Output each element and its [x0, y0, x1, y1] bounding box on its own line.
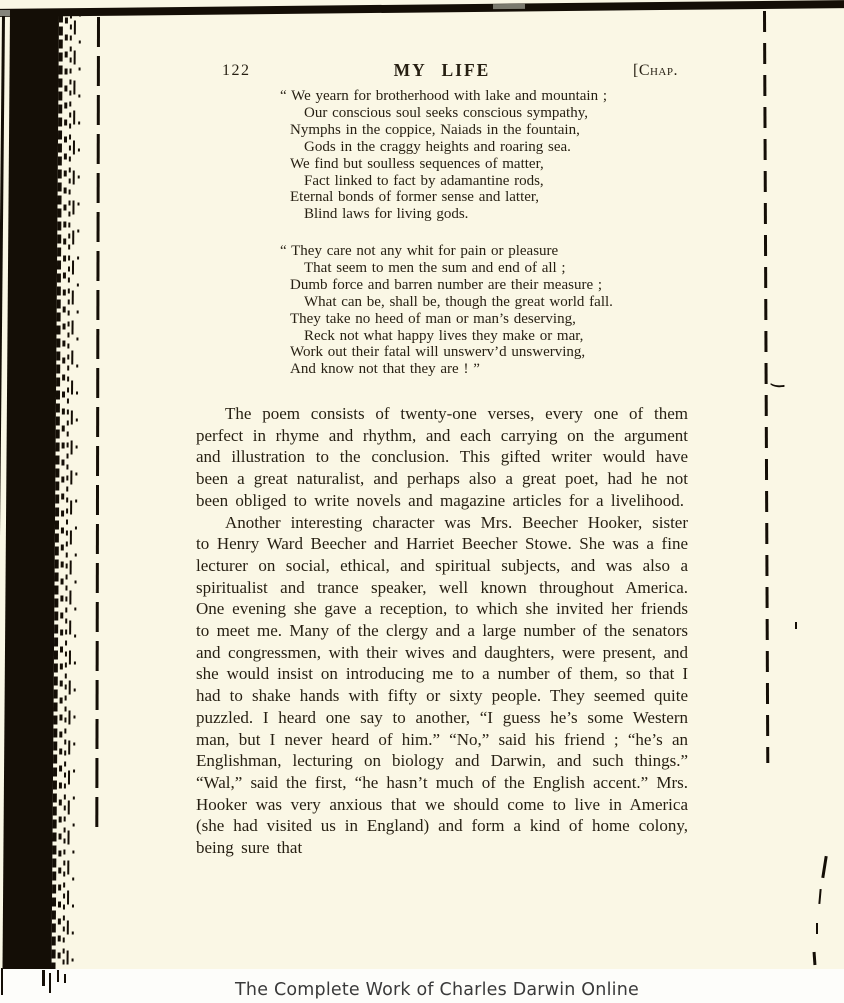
scan-gutter-speckle-column [71, 14, 81, 992]
scan-gutter-speckle-column [57, 13, 68, 991]
scan-left-edge-line [0, 16, 5, 990]
scan-inner-margin-broken-line [95, 17, 100, 829]
poem-stanza-1: “ We yearn for brotherhood with lake and… [196, 88, 688, 223]
poem-line: We find but soulless sequences of matter… [290, 156, 688, 173]
poem-line: They take no heed of man or man’s deserv… [290, 311, 688, 328]
scan-bottom-right-dash [818, 889, 821, 904]
poem-line: Reck not what happy lives they make or m… [304, 328, 688, 345]
body-text: The poem consists of twenty-one verses, … [196, 403, 688, 859]
paragraph-2: Another interesting character was Mrs. B… [196, 512, 688, 859]
paragraph-1: The poem consists of twenty-one verses, … [196, 403, 688, 512]
scan-top-bar-gray-segment-mid [493, 4, 525, 9]
page-header: 122 MY LIFE [Chap. [196, 60, 688, 82]
poem-line: Gods in the craggy heights and roaring s… [304, 139, 688, 156]
poem-line: “ We yearn for brotherhood with lake and… [280, 88, 688, 105]
scan-bottom-right-dash [821, 856, 827, 878]
scan-top-bar-gray-segment-left [0, 10, 10, 16]
chapter-marker: [Chap. [633, 62, 678, 80]
poem-line: “ They care not any whit for pain or ple… [280, 243, 688, 260]
poem-line: Fact linked to fact by adamantine rods, [304, 173, 688, 190]
scan-bottom-right-dash [813, 952, 817, 965]
scan-gutter-speckle-column [66, 14, 76, 992]
poem-line: Dumb force and barren number are their m… [290, 277, 688, 294]
poem-line: That seem to men the sum and end of all … [304, 260, 688, 277]
poem-stanza-2: “ They care not any whit for pain or ple… [196, 243, 688, 378]
poem-line: What can be, shall be, though the great … [304, 294, 688, 311]
scanned-book-page: 122 MY LIFE [Chap. “ We yearn for brothe… [0, 0, 844, 1003]
scan-gutter-speckle-column [62, 13, 72, 991]
scan-bottom-right-dash [816, 923, 818, 934]
poem-line: Eternal bonds of former sense and latter… [290, 189, 688, 206]
scan-gutter-black-band [2, 13, 59, 969]
poem-line: Blind laws for living gods. [304, 206, 688, 223]
scan-speck-mark [795, 622, 797, 629]
poem-line: Our conscious soul seeks conscious sympa… [304, 105, 688, 122]
scan-top-edge-bar [0, 0, 844, 17]
scan-gutter-speckle-column [51, 13, 63, 991]
scan-binding-gutter [2, 13, 84, 992]
site-caption: The Complete Work of Charles Darwin Onli… [15, 980, 844, 1000]
poem-line: Nymphs in the coppice, Naiads in the fou… [290, 122, 688, 139]
scan-curved-pen-mark [767, 376, 784, 389]
scan-right-margin-dashed-line [763, 11, 769, 763]
running-title: MY LIFE [196, 60, 688, 81]
poem-line: And know not that they are ! ” [290, 361, 688, 378]
poem-line: Work out their fatal will unswerv’d unsw… [290, 344, 688, 361]
